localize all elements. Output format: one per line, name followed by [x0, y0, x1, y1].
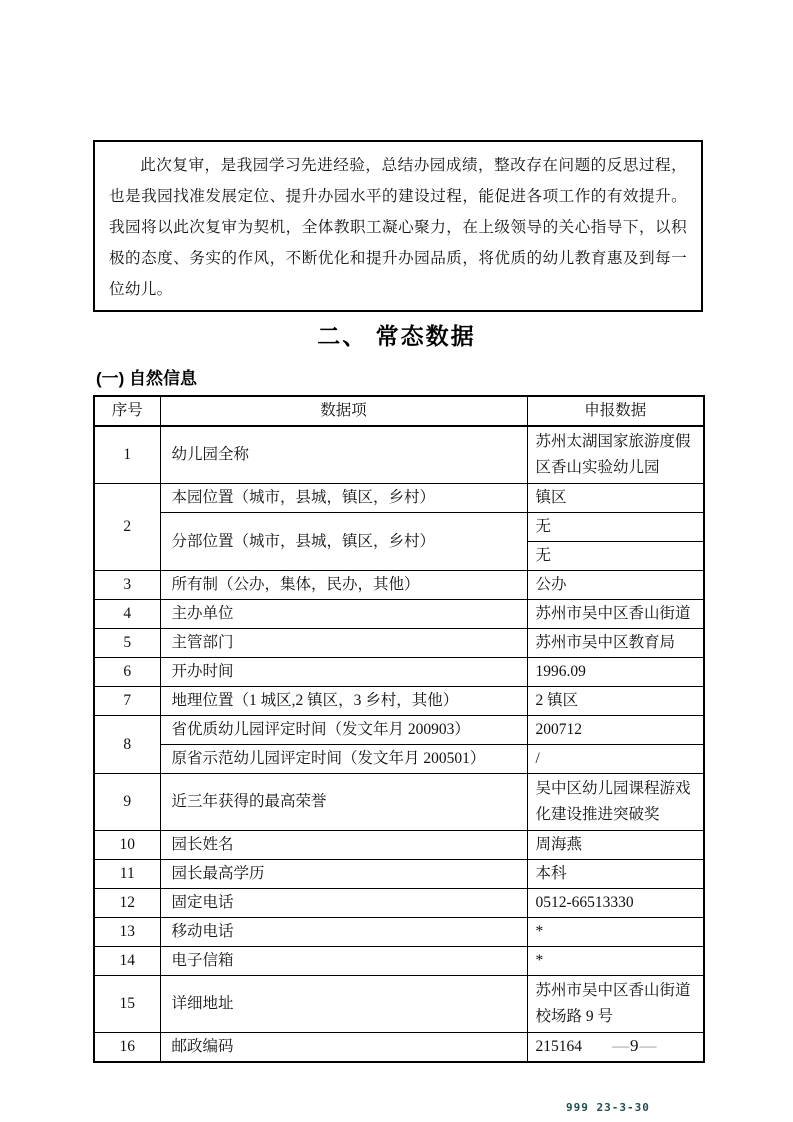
- table-row: 2 本园位置（城市，县城，镇区，乡村） 镇区: [94, 484, 704, 513]
- row-item: 所有制（公办，集体，民办，其他）: [160, 571, 527, 600]
- natural-info-table: 序号 数据项 申报数据 1 幼儿园全称 苏州太湖国家旅游度假 区香山实验幼儿园 …: [93, 395, 705, 1063]
- table-row: 15 详细地址 苏州市吴中区香山街道 校场路 9 号: [94, 976, 704, 1033]
- row-no: 9: [94, 774, 160, 831]
- row-value: 苏州市吴中区香山街道: [527, 600, 704, 629]
- page-number: —9—: [612, 1036, 658, 1056]
- row-item: 园长最高学历: [160, 860, 527, 889]
- table-row: 11 园长最高学历 本科: [94, 860, 704, 889]
- row-item: 邮政编码: [160, 1033, 527, 1063]
- table-header-row: 序号 数据项 申报数据: [94, 396, 704, 426]
- row-value: 本科: [527, 860, 704, 889]
- row-item: 分部位置（城市，县城，镇区，乡村）: [160, 513, 527, 571]
- table-row: 原省示范幼儿园评定时间（发文年月 200501） /: [94, 745, 704, 774]
- page-number-dash-left: —: [612, 1036, 630, 1055]
- table-row: 5 主管部门 苏州市吴中区教育局: [94, 629, 704, 658]
- row-no: 15: [94, 976, 160, 1033]
- section-heading: (一) 自然信息: [96, 364, 197, 389]
- row-no: 16: [94, 1033, 160, 1063]
- table-row: 14 电子信箱 *: [94, 947, 704, 976]
- row-value: 1996.09: [527, 658, 704, 687]
- row-value: 苏州市吴中区香山街道 校场路 9 号: [527, 976, 704, 1033]
- row-item: 详细地址: [160, 976, 527, 1033]
- row-no: 8: [94, 716, 160, 774]
- page-number-dash-right: —: [640, 1036, 658, 1055]
- row-value: 无: [527, 542, 704, 571]
- table-row: 分部位置（城市，县城，镇区，乡村） 无: [94, 513, 704, 542]
- row-item: 原省示范幼儿园评定时间（发文年月 200501）: [160, 745, 527, 774]
- row-value: *: [527, 947, 704, 976]
- table-row: 6 开办时间 1996.09: [94, 658, 704, 687]
- table-row: 8 省优质幼儿园评定时间（发文年月 200903） 200712: [94, 716, 704, 745]
- row-item: 开办时间: [160, 658, 527, 687]
- row-value: 周海燕: [527, 831, 704, 860]
- row-no: 12: [94, 889, 160, 918]
- row-value: 2 镇区: [527, 687, 704, 716]
- row-no: 7: [94, 687, 160, 716]
- row-no: 2: [94, 484, 160, 571]
- row-item: 幼儿园全称: [160, 426, 527, 484]
- row-item: 主办单位: [160, 600, 527, 629]
- table-row: 3 所有制（公办，集体，民办，其他） 公办: [94, 571, 704, 600]
- row-item: 固定电话: [160, 889, 527, 918]
- row-value: 200712: [527, 716, 704, 745]
- row-value: *: [527, 918, 704, 947]
- row-item: 近三年获得的最高荣誉: [160, 774, 527, 831]
- row-value: 镇区: [527, 484, 704, 513]
- table-row: 12 固定电话 0512-66513330: [94, 889, 704, 918]
- row-no: 11: [94, 860, 160, 889]
- row-no: 13: [94, 918, 160, 947]
- row-value: 公办: [527, 571, 704, 600]
- row-value: 吴中区幼儿园课程游戏 化建设推进突破奖: [527, 774, 704, 831]
- timestamp-watermark: 999 23-3-30: [566, 1101, 650, 1114]
- intro-paragraph: 此次复审，是我园学习先进经验，总结办园成绩，整改存在问题的反思过程，也是我园找准…: [109, 150, 687, 305]
- row-item: 本园位置（城市，县城，镇区，乡村）: [160, 484, 527, 513]
- row-no: 14: [94, 947, 160, 976]
- row-item: 电子信箱: [160, 947, 527, 976]
- row-item: 主管部门: [160, 629, 527, 658]
- table-row: 9 近三年获得的最高荣誉 吴中区幼儿园课程游戏 化建设推进突破奖: [94, 774, 704, 831]
- table-row: 1 幼儿园全称 苏州太湖国家旅游度假 区香山实验幼儿园: [94, 426, 704, 484]
- row-no: 6: [94, 658, 160, 687]
- table-row: 4 主办单位 苏州市吴中区香山街道: [94, 600, 704, 629]
- row-item: 地理位置（1 城区,2 镇区，3 乡村，其他）: [160, 687, 527, 716]
- row-item: 省优质幼儿园评定时间（发文年月 200903）: [160, 716, 527, 745]
- row-no: 5: [94, 629, 160, 658]
- intro-text-box: 此次复审，是我园学习先进经验，总结办园成绩，整改存在问题的反思过程，也是我园找准…: [93, 140, 703, 312]
- table-row: 10 园长姓名 周海燕: [94, 831, 704, 860]
- header-item: 数据项: [160, 396, 527, 426]
- row-item: 移动电话: [160, 918, 527, 947]
- row-value: 苏州太湖国家旅游度假 区香山实验幼儿园: [527, 426, 704, 484]
- document-page: { "colors": { "text": "#111111", "border…: [0, 0, 793, 1122]
- main-heading: 二、 常态数据: [0, 318, 793, 351]
- row-no: 4: [94, 600, 160, 629]
- row-no: 1: [94, 426, 160, 484]
- row-value: 无: [527, 513, 704, 542]
- row-item: 园长姓名: [160, 831, 527, 860]
- header-value: 申报数据: [527, 396, 704, 426]
- header-no: 序号: [94, 396, 160, 426]
- page-number-value: 9: [630, 1036, 640, 1055]
- table-row: 13 移动电话 *: [94, 918, 704, 947]
- row-no: 10: [94, 831, 160, 860]
- row-no: 3: [94, 571, 160, 600]
- row-value: /: [527, 745, 704, 774]
- row-value: 苏州市吴中区教育局: [527, 629, 704, 658]
- table-row: 7 地理位置（1 城区,2 镇区，3 乡村，其他） 2 镇区: [94, 687, 704, 716]
- row-value: 0512-66513330: [527, 889, 704, 918]
